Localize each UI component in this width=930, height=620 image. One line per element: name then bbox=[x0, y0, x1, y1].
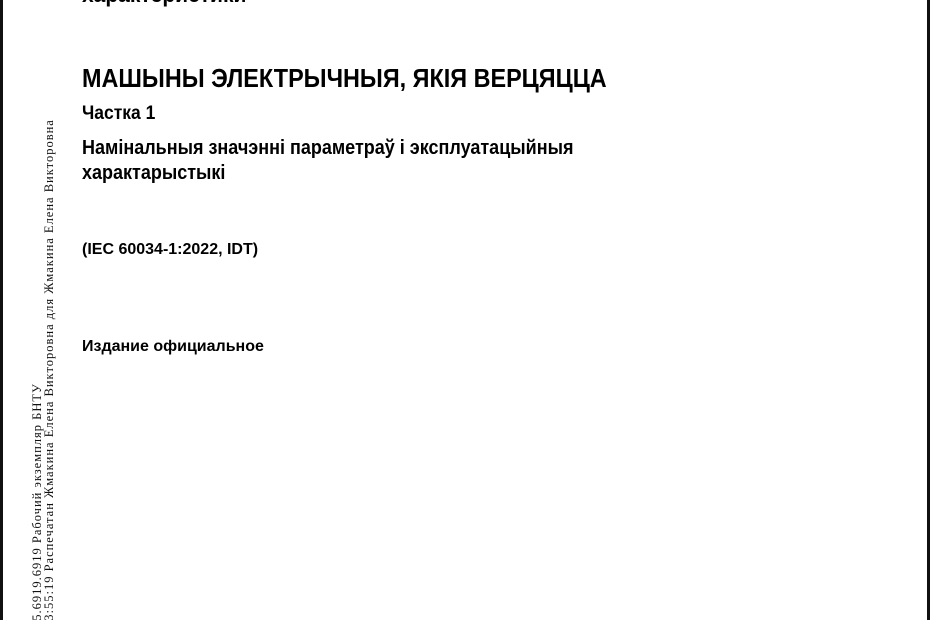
document-part: Частка 1 bbox=[82, 103, 155, 125]
edition-label: Издание официальное bbox=[82, 338, 264, 356]
previous-heading-fragment: характеристики bbox=[82, 0, 246, 8]
subtitle-line: Намінальныя значэнні параметраў і эксплу… bbox=[82, 136, 573, 161]
document-title: МАШЫНЫ ЭЛЕКТРЫЧНЫЯ, ЯКІЯ ВЕРЦЯЦЦА bbox=[82, 63, 607, 94]
standard-reference: (IEC 60034-1:2022, IDT) bbox=[82, 241, 258, 259]
page-border-left bbox=[0, 0, 3, 620]
document-subtitle: Намінальныя значэнні параметраў і эксплу… bbox=[82, 136, 573, 186]
subtitle-line: характарыстыкі bbox=[82, 161, 573, 186]
watermark-line-2: 13:55:19 Распечатан Жмакина Елена Виктор… bbox=[42, 119, 57, 620]
